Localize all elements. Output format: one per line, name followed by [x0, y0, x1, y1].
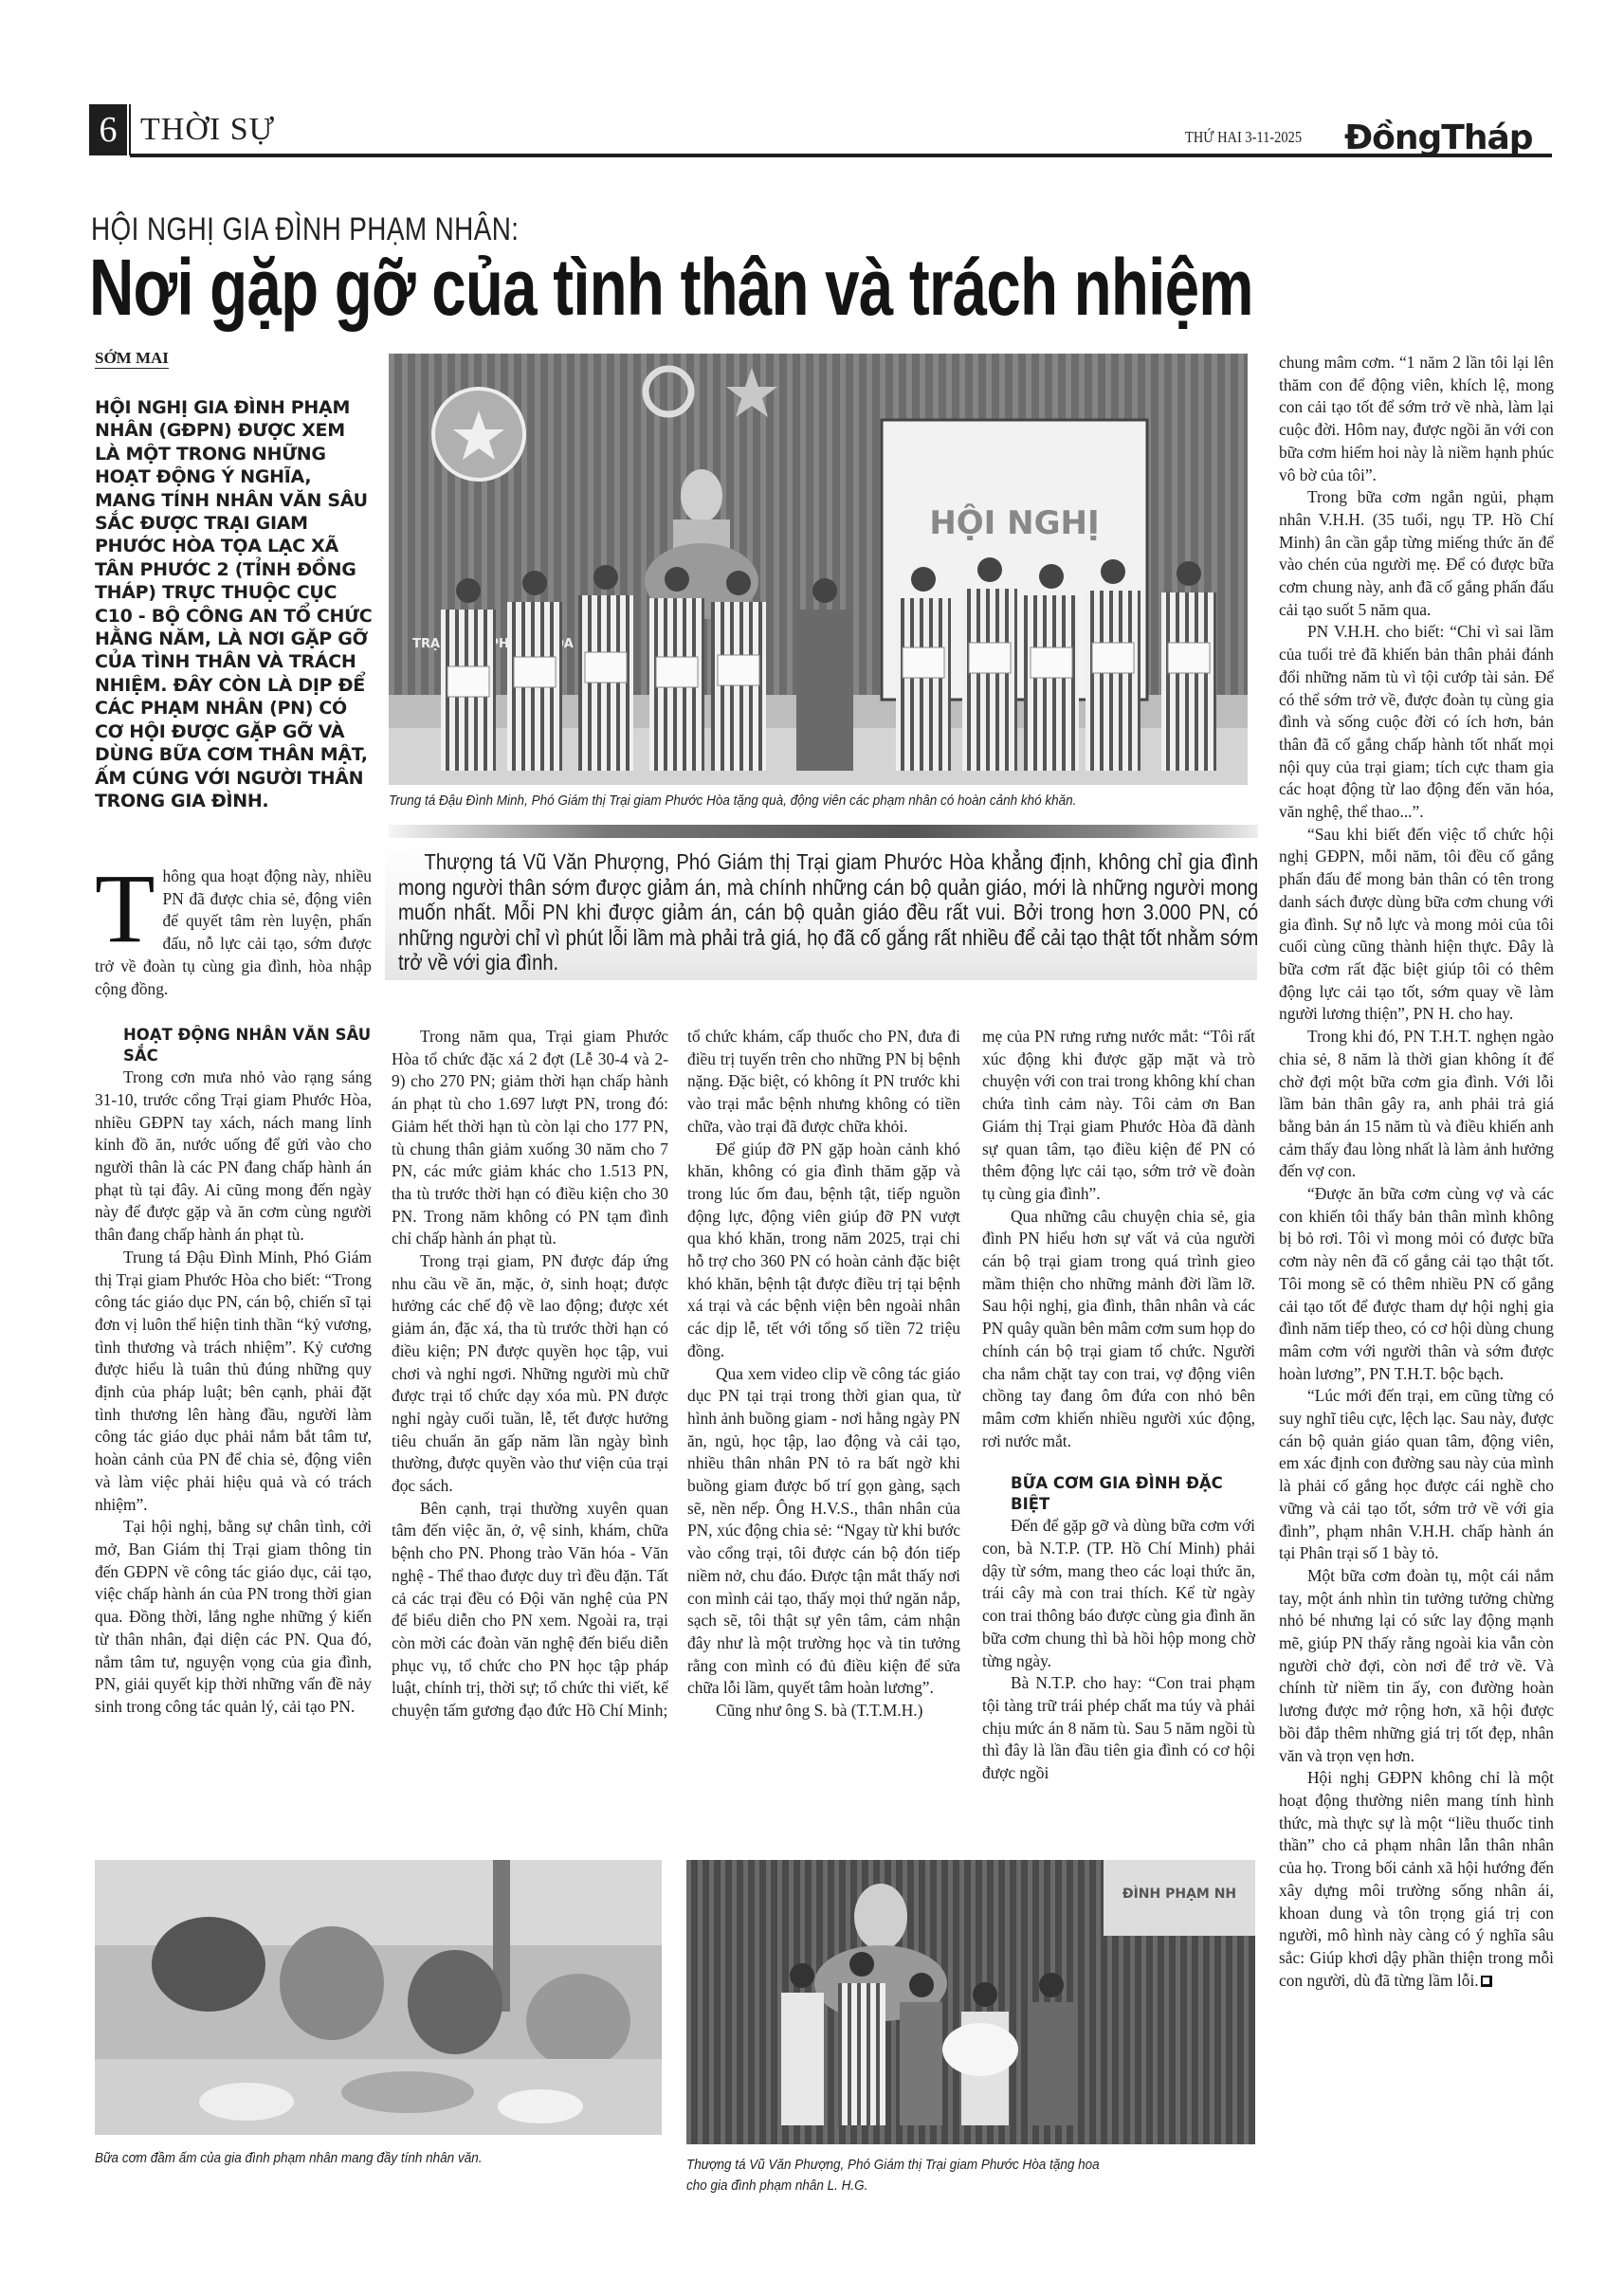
subhead-1: HOẠT ĐỘNG NHÂN VĂN SÂU SẮC [123, 1025, 372, 1066]
banner-text: ĐÌNH PHẠM NH [1122, 1886, 1236, 1902]
main-photo-caption: Trung tá Đậu Đình Minh, Phó Giám thị Trạ… [389, 793, 1076, 809]
headline: Nơi gặp gỡ của tình thân và trách nhiệm [89, 242, 1253, 334]
sapo: Hội nghị gia đình phạm nhân (GĐPN) được … [95, 396, 374, 812]
family-meal-photo [95, 1860, 662, 2135]
paragraph: Trong trại giam, PN được đáp ứng nhu cầu… [392, 1250, 668, 1498]
pullquote-text: Thượng tá Vũ Văn Phượng, Phó Giám thị Tr… [398, 849, 1258, 975]
header-divider [129, 104, 131, 155]
pullquote-bar [389, 825, 1258, 838]
paragraph: Trung tá Đậu Đình Minh, Phó Giám thị Trạ… [95, 1247, 372, 1516]
screen-text: HỘI NGHỊ [929, 503, 1099, 542]
paragraph: mẹ của PN rưng rưng nước mắt: “Tôi rất x… [982, 1026, 1255, 1206]
issue-date: THỨ HAI 3-11-2025 [1185, 128, 1302, 147]
paragraph: Trong năm qua, Trại giam Phước Hòa tổ ch… [392, 1026, 668, 1250]
column-5: chung mâm cơm. “1 năm 2 lần tôi lại lên … [1279, 352, 1554, 1992]
column-1: Thông qua hoạt động này, nhiều PN đã đượ… [95, 866, 372, 1719]
header-rule [130, 154, 1552, 157]
paragraph: Trong khi đó, PN T.H.T. nghẹn ngào chia … [1279, 1026, 1554, 1183]
paragraph: Bên cạnh, trại thường xuyên quan tâm đến… [392, 1498, 668, 1722]
lead-paragraph: Thông qua hoạt động này, nhiều PN đã đượ… [95, 866, 372, 1000]
paragraph: chung mâm cơm. “1 năm 2 lần tôi lại lên … [1279, 352, 1554, 486]
paragraph: tổ chức khám, cấp thuốc cho PN, đưa đi đ… [687, 1026, 960, 1139]
paragraph: PN V.H.H. cho biết: “Chỉ vì sai lầm của … [1279, 621, 1554, 823]
family-meal-caption: Bữa cơm đầm ấm của gia đình phạm nhân ma… [95, 2150, 482, 2166]
paragraph: Cũng như ông S. bà (T.T.M.H.) [687, 1700, 960, 1722]
subhead-2: BỮA CƠM GIA ĐÌNH ĐẶC BIỆT [1011, 1473, 1255, 1515]
paragraph: Trong cơn mưa nhỏ vào rạng sáng 31-10, t… [95, 1066, 372, 1247]
pullquote-box: Thượng tá Vũ Văn Phượng, Phó Giám thị Tr… [385, 838, 1257, 980]
paragraph: “Sau khi biết đến việc tổ chức hội nghị … [1279, 824, 1554, 1026]
column-4: mẹ của PN rưng rưng nước mắt: “Tôi rất x… [982, 1026, 1255, 1785]
paragraph: Trong bữa cơm ngắn ngủi, phạm nhân V.H.H… [1279, 486, 1554, 621]
paragraph: “Được ăn bữa cơm cùng vợ và các con khiế… [1279, 1183, 1554, 1385]
paragraph: Tại hội nghị, bằng sự chân tình, cởi mở,… [95, 1516, 372, 1718]
paragraph: Hội nghị GĐPN không chỉ là một hoạt động… [1279, 1767, 1554, 1992]
section-title: THỜI SỰ [140, 104, 275, 155]
end-mark-icon [1481, 1976, 1492, 1987]
paragraph: Để giúp đỡ PN gặp hoàn cảnh khó khăn, kh… [687, 1139, 960, 1363]
byline: SỚM MAI [95, 349, 169, 369]
paragraph: Bà N.T.P. cho hay: “Con trai phạm tội tà… [982, 1672, 1255, 1785]
column-2: Trong năm qua, Trại giam Phước Hòa tổ ch… [392, 1026, 668, 1722]
paragraph: “Lúc mới đến trại, em cũng từng có suy n… [1279, 1385, 1554, 1565]
paragraph: Qua những câu chuyện chia sẻ, gia đình P… [982, 1206, 1255, 1453]
paragraph: Qua xem video clip về công tác giáo dục … [687, 1363, 960, 1701]
dropcap: T [95, 871, 155, 947]
flower-gift-photo: ĐÌNH PHẠM NH [686, 1860, 1255, 2144]
page-number: 6 [89, 104, 127, 155]
flower-gift-caption-line-1: Thượng tá Vũ Văn Phượng, Phó Giám thị Tr… [686, 2157, 1100, 2173]
column-3: tổ chức khám, cấp thuốc cho PN, đưa đi đ… [687, 1026, 960, 1722]
masthead-logo: ĐồngTháp [1344, 118, 1533, 157]
paragraph: Một bữa cơm đoàn tụ, một cái nắm tay, mộ… [1279, 1565, 1554, 1767]
paragraph: Đến để gặp gỡ và dùng bữa cơm với con, b… [982, 1515, 1255, 1672]
flower-gift-caption-line-2: cho gia đình phạm nhân L. H.G. [686, 2178, 867, 2194]
main-photo: HỘI NGHỊ TRẠI GIAM PHƯỚC HÒA [389, 354, 1248, 785]
